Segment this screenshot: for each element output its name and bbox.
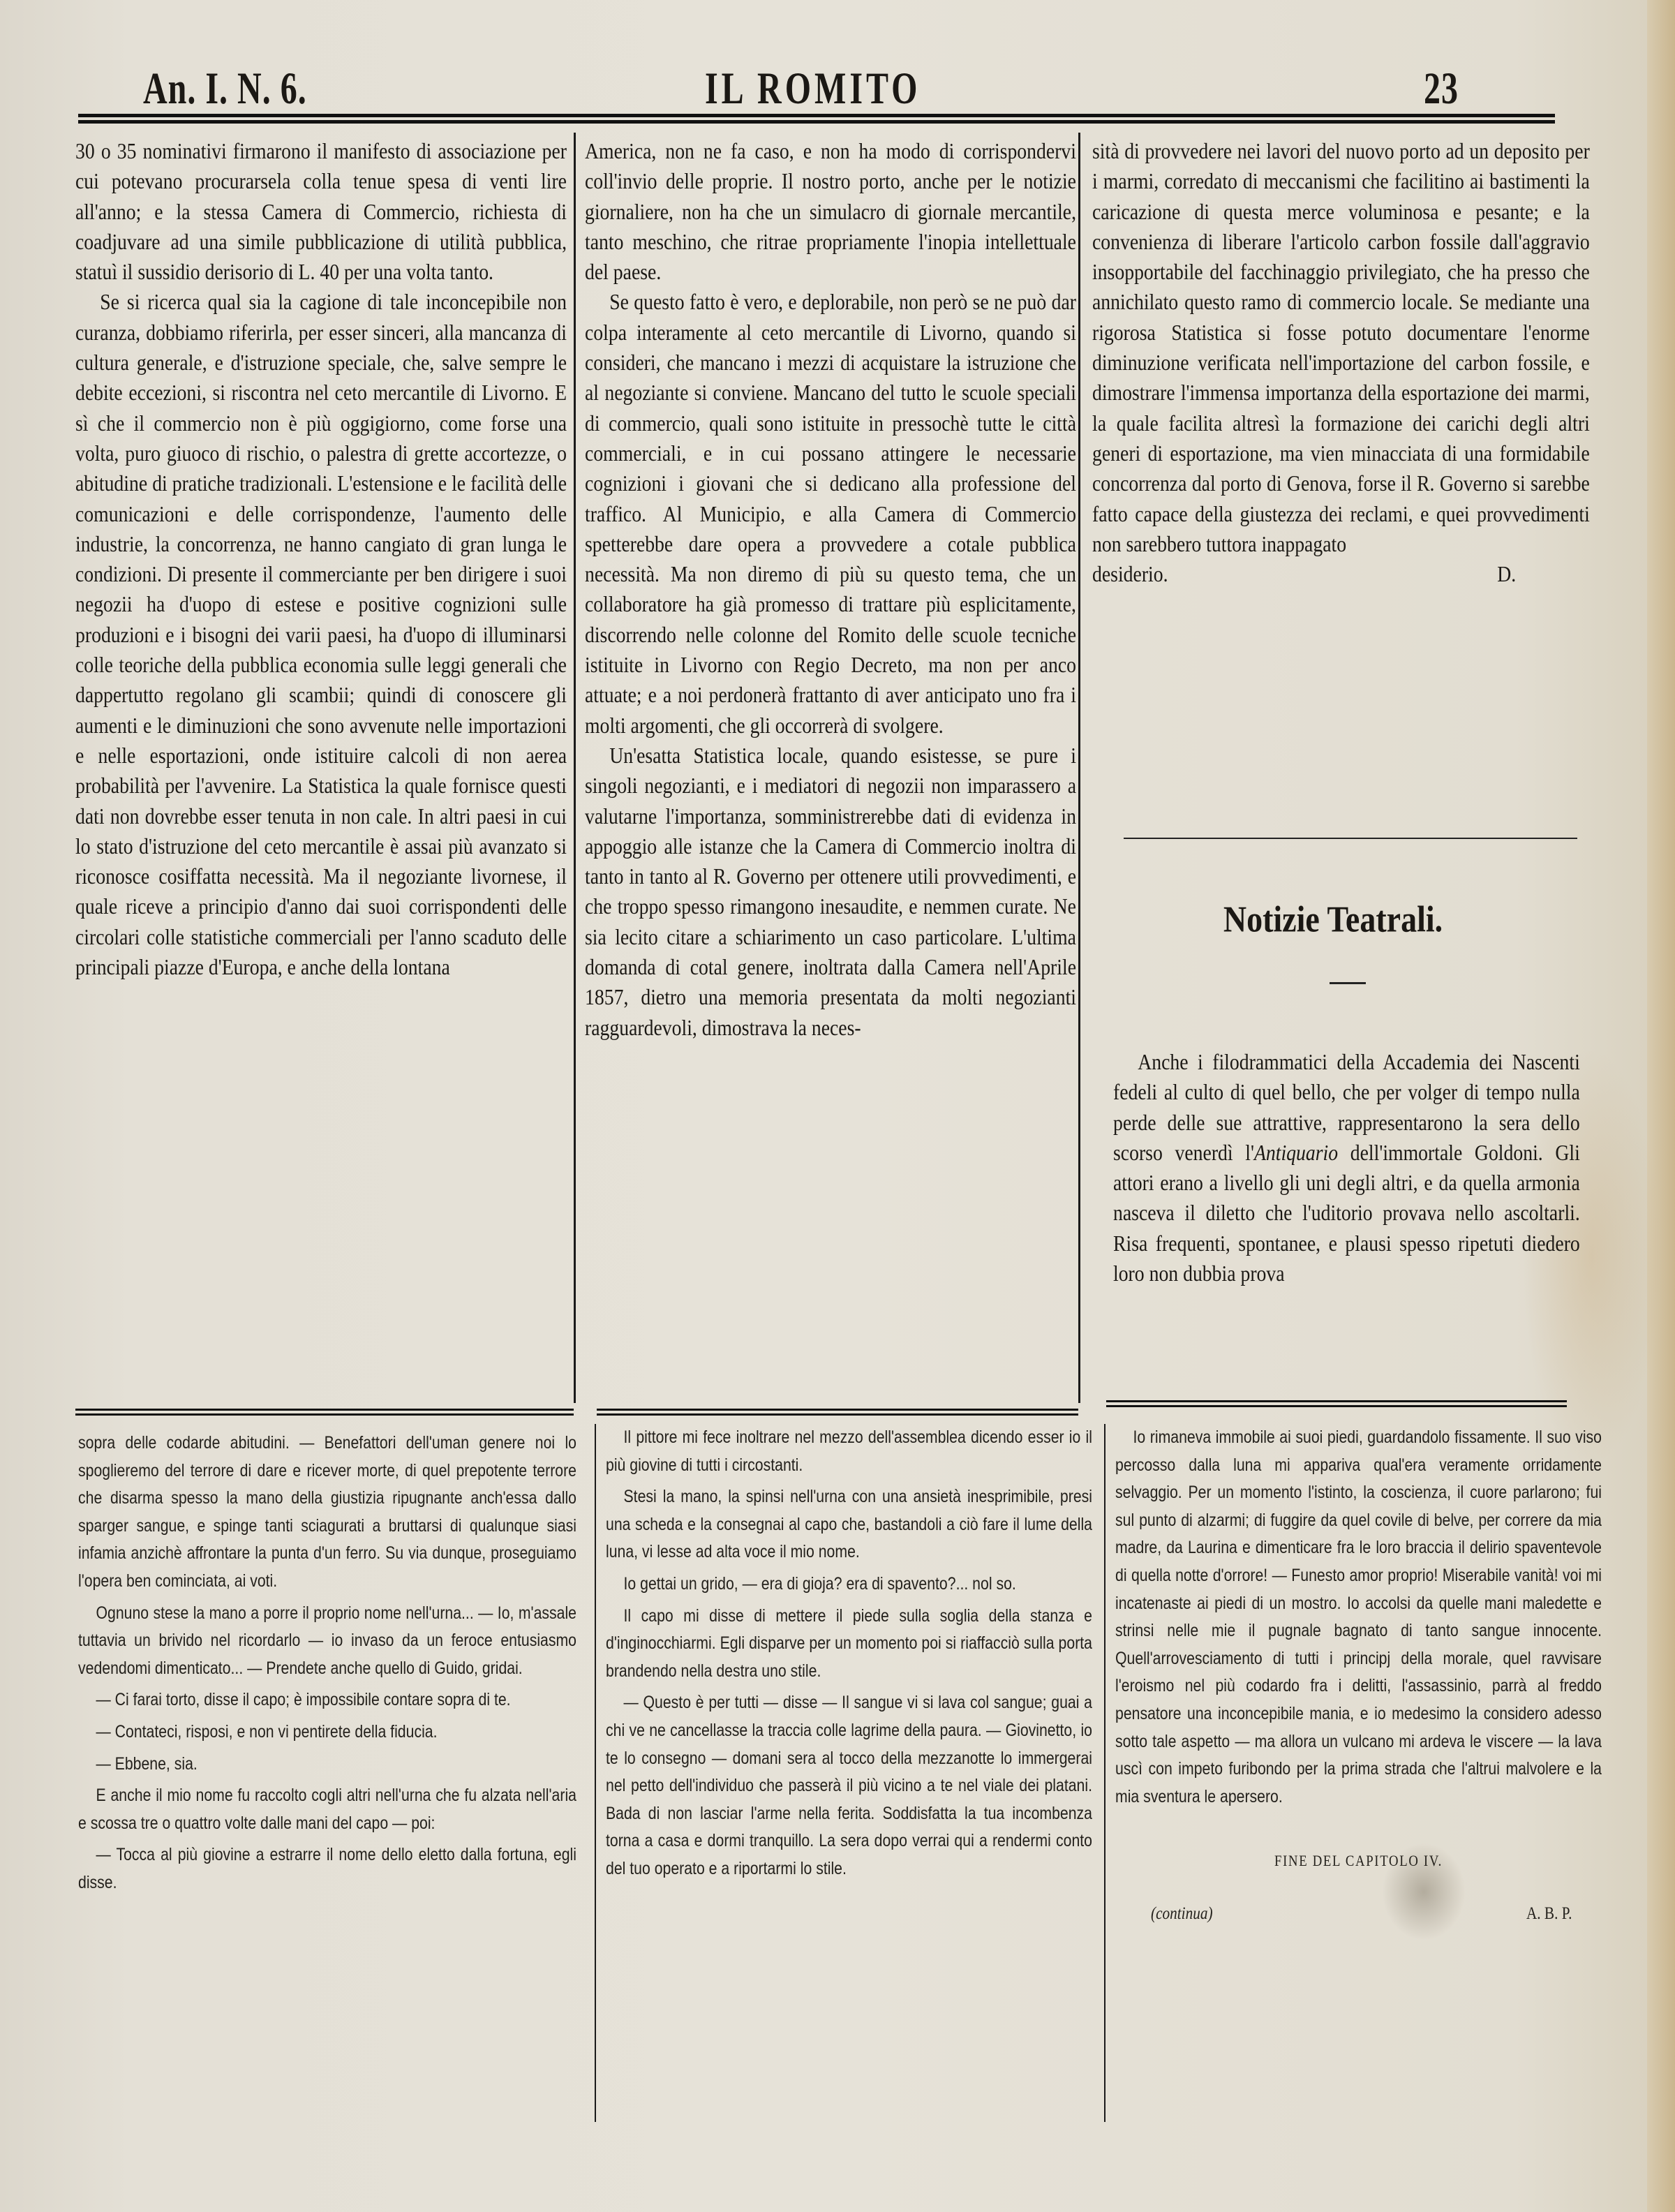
appendix-column-1: sopra delle codarde abitudini. — Benefat…	[78, 1430, 576, 1897]
paragraph: Se si ricerca qual sia la cagione di tal…	[75, 287, 567, 982]
section-separator	[1124, 838, 1577, 839]
column-divider	[595, 1424, 596, 2122]
closing-word: desiderio.	[1092, 559, 1168, 589]
paragraph: Se questo fatto è vero, e deplorabile, n…	[585, 287, 1076, 740]
continues-label: (continua)	[1151, 1900, 1213, 1928]
appendix-column-3: Io rimaneva immobile ai suoi piedi, guar…	[1115, 1424, 1602, 1928]
column-divider	[1078, 133, 1080, 1403]
dialogue-line: — Contateci, risposi, e non vi pentirete…	[78, 1719, 576, 1746]
paragraph: E anche il mio nome fu raccolto cogli al…	[78, 1782, 576, 1837]
author-initials: A. B. P.	[1526, 1900, 1572, 1928]
newspaper-title: IL ROMITO	[705, 63, 921, 114]
page-number: 23	[1424, 63, 1459, 114]
dialogue-line: — Tocca al più giovine a estrarre il nom…	[78, 1841, 576, 1896]
section-heading: Notizie Teatrali.	[1089, 898, 1577, 940]
paragraph: Io rimaneva immobile ai suoi piedi, guar…	[1115, 1424, 1602, 1811]
paragraph: Ognuno stese la mano a porre il proprio …	[78, 1600, 576, 1683]
dialogue-line: — Ebbene, sia.	[78, 1751, 576, 1779]
paragraph: sopra delle codarde abitudini. — Benefat…	[78, 1430, 576, 1596]
paragraph: America, non ne fa caso, e non ha modo d…	[585, 136, 1076, 287]
article-column-1: 30 o 35 nominativi firmarono il manifest…	[75, 136, 567, 982]
chapter-end-label: FINE DEL CAPITOLO IV.	[1115, 1847, 1602, 1875]
paragraph: Il capo mi disse di mettere il piede sul…	[606, 1603, 1092, 1686]
continuation-row: (continua) A. B. P.	[1115, 1900, 1602, 1928]
play-title: Antiquario	[1254, 1141, 1338, 1165]
paragraph: Stesi la mano, la spinsi nell'urna con u…	[606, 1483, 1092, 1566]
column-divider	[574, 133, 576, 1403]
dialogue-line: — Ci farai torto, disse il capo; è impos…	[78, 1686, 576, 1714]
paragraph: Il pittore mi fece inoltrare nel mezzo d…	[606, 1424, 1092, 1479]
article-column-2: America, non ne fa caso, e non ha modo d…	[585, 136, 1076, 1043]
issue-number: An. I. N. 6.	[143, 63, 307, 114]
column-divider	[1104, 1424, 1105, 2122]
theatre-news-body: Anche i filodrammatici della Accademia d…	[1113, 1047, 1580, 1289]
appendix-column-2: Il pittore mi fece inoltrare nel mezzo d…	[606, 1424, 1092, 1883]
masthead: An. I. N. 6. IL ROMITO 23	[77, 42, 1556, 105]
article-column-3: sità di provvedere nei lavori del nuovo …	[1092, 136, 1590, 589]
paragraph: Un'esatta Statistica locale, quando esis…	[585, 741, 1076, 1043]
paragraph: Anche i filodrammatici della Accademia d…	[1113, 1047, 1580, 1289]
article-closing: desiderio. D.	[1092, 559, 1590, 589]
dialogue-line: — Questo è per tutti — disse — Il sangue…	[606, 1689, 1092, 1883]
page-edge	[1647, 0, 1675, 2212]
appendix-double-rule	[597, 1409, 1078, 1416]
author-signature: D.	[1497, 559, 1516, 589]
paragraph: Io gettai un grido, — era di gioja? era …	[606, 1571, 1092, 1598]
appendix-double-rule	[1106, 1400, 1567, 1407]
paragraph: 30 o 35 nominativi firmarono il manifest…	[75, 136, 567, 287]
paragraph: sità di provvedere nei lavori del nuovo …	[1092, 136, 1590, 559]
header-double-rule	[78, 114, 1555, 124]
appendix-double-rule	[75, 1409, 574, 1416]
heading-dash	[1330, 982, 1366, 984]
